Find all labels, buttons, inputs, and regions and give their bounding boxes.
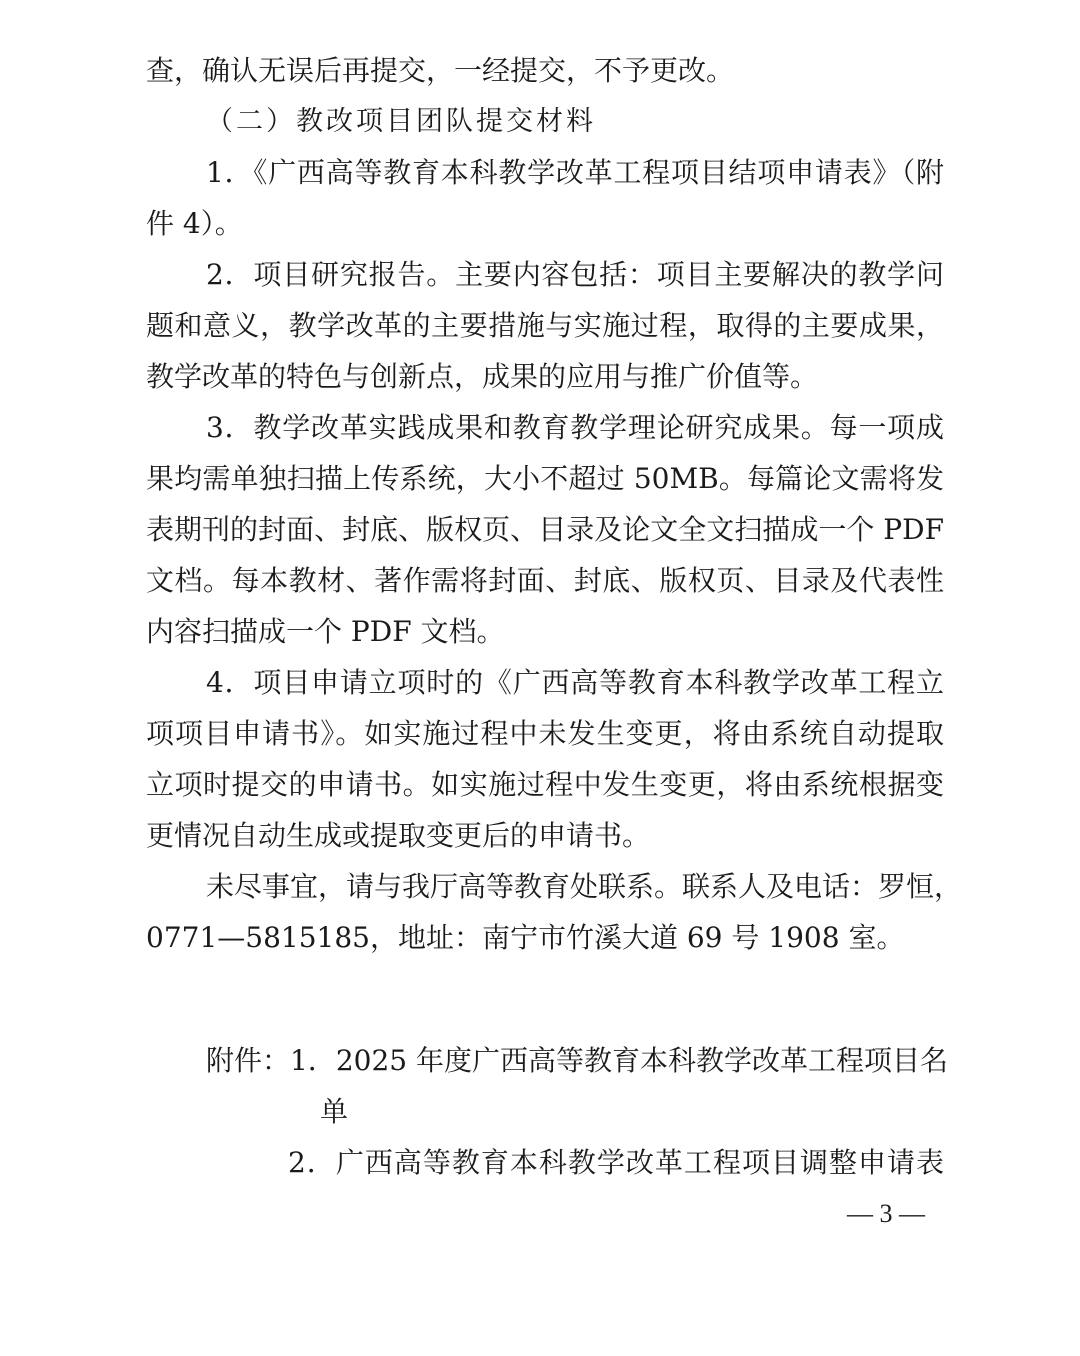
list-item-line: 项项目申请书》。如实施过程中未发生变更，将由系统自动提取 bbox=[146, 708, 944, 759]
list-item-line: 4．项目申请立项时的《广西高等教育本科教学改革工程立 bbox=[146, 657, 944, 708]
spacer bbox=[146, 963, 944, 1035]
attachment-number: 1． bbox=[290, 1044, 336, 1077]
attachment-title: 2025 年度广西高等教育本科教学改革工程项目名 bbox=[336, 1044, 948, 1077]
list-item-line: 表期刊的封面、封底、版权页、目录及论文全文扫描成一个 PDF bbox=[146, 504, 944, 555]
list-item-line: 题和意义，教学改革的主要措施与实施过程，取得的主要成果， bbox=[146, 300, 944, 351]
section-heading: （二）教改项目团队提交材料 bbox=[146, 96, 944, 147]
list-item-4: 4．项目申请立项时的《广西高等教育本科教学改革工程立 项项目申请书》。如实施过程… bbox=[146, 657, 944, 861]
list-item-line: 教学改革的特色与创新点，成果的应用与推广价值等。 bbox=[146, 351, 944, 402]
list-item-2: 2．项目研究报告。主要内容包括：项目主要解决的教学问 题和意义，教学改革的主要措… bbox=[146, 249, 944, 402]
contact-line: 未尽事宜，请与我厅高等教育处联系。联系人及电话：罗恒， bbox=[146, 861, 944, 912]
list-item-line: 件 4）。 bbox=[146, 198, 944, 249]
attachment-number: 2． bbox=[288, 1146, 336, 1179]
document-page: 查，确认无误后再提交，一经提交，不予更改。 （二）教改项目团队提交材料 1．《广… bbox=[146, 45, 944, 1188]
list-item-line: 3．教学改革实践成果和教育教学理论研究成果。每一项成 bbox=[146, 402, 944, 453]
page-number: — 3 — bbox=[838, 1196, 934, 1232]
list-item-line: 更情况自动生成或提取变更后的申请书。 bbox=[146, 810, 944, 861]
list-item-3: 3．教学改革实践成果和教育教学理论研究成果。每一项成 果均需单独扫描上传系统，大… bbox=[146, 402, 944, 657]
attachments-label: 附件： bbox=[206, 1044, 290, 1077]
contact-paragraph: 未尽事宜，请与我厅高等教育处联系。联系人及电话：罗恒， 0771—5815185… bbox=[146, 861, 944, 963]
attachment-title: 广西高等教育本科教学改革工程项目调整申请表 bbox=[336, 1146, 944, 1179]
list-item-line: 果均需单独扫描上传系统，大小不超过 50MB。每篇论文需将发 bbox=[146, 453, 944, 504]
list-item-1: 1．《广西高等教育本科教学改革工程项目结项申请表》（附 件 4）。 bbox=[146, 147, 944, 249]
paragraph-continuation: 查，确认无误后再提交，一经提交，不予更改。 bbox=[146, 45, 944, 96]
contact-line: 0771—5815185，地址：南宁市竹溪大道 69 号 1908 室。 bbox=[146, 912, 944, 963]
list-item-line: 2．项目研究报告。主要内容包括：项目主要解决的教学问 bbox=[146, 249, 944, 300]
list-item-line: 立项时提交的申请书。如实施过程中发生变更，将由系统根据变 bbox=[146, 759, 944, 810]
list-item-line: 内容扫描成一个 PDF 文档。 bbox=[146, 606, 944, 657]
attachment-item-1-continuation: 单 bbox=[146, 1086, 944, 1137]
list-item-line: 1．《广西高等教育本科教学改革工程项目结项申请表》（附 bbox=[146, 147, 944, 198]
attachments-list: 附件：1．2025 年度广西高等教育本科教学改革工程项目名 单 2．广西高等教育… bbox=[146, 1035, 944, 1188]
attachment-item-2: 2．广西高等教育本科教学改革工程项目调整申请表 bbox=[146, 1137, 944, 1188]
attachment-item-1: 附件：1．2025 年度广西高等教育本科教学改革工程项目名 bbox=[146, 1035, 944, 1086]
list-item-line: 文档。每本教材、著作需将封面、封底、版权页、目录及代表性 bbox=[146, 555, 944, 606]
